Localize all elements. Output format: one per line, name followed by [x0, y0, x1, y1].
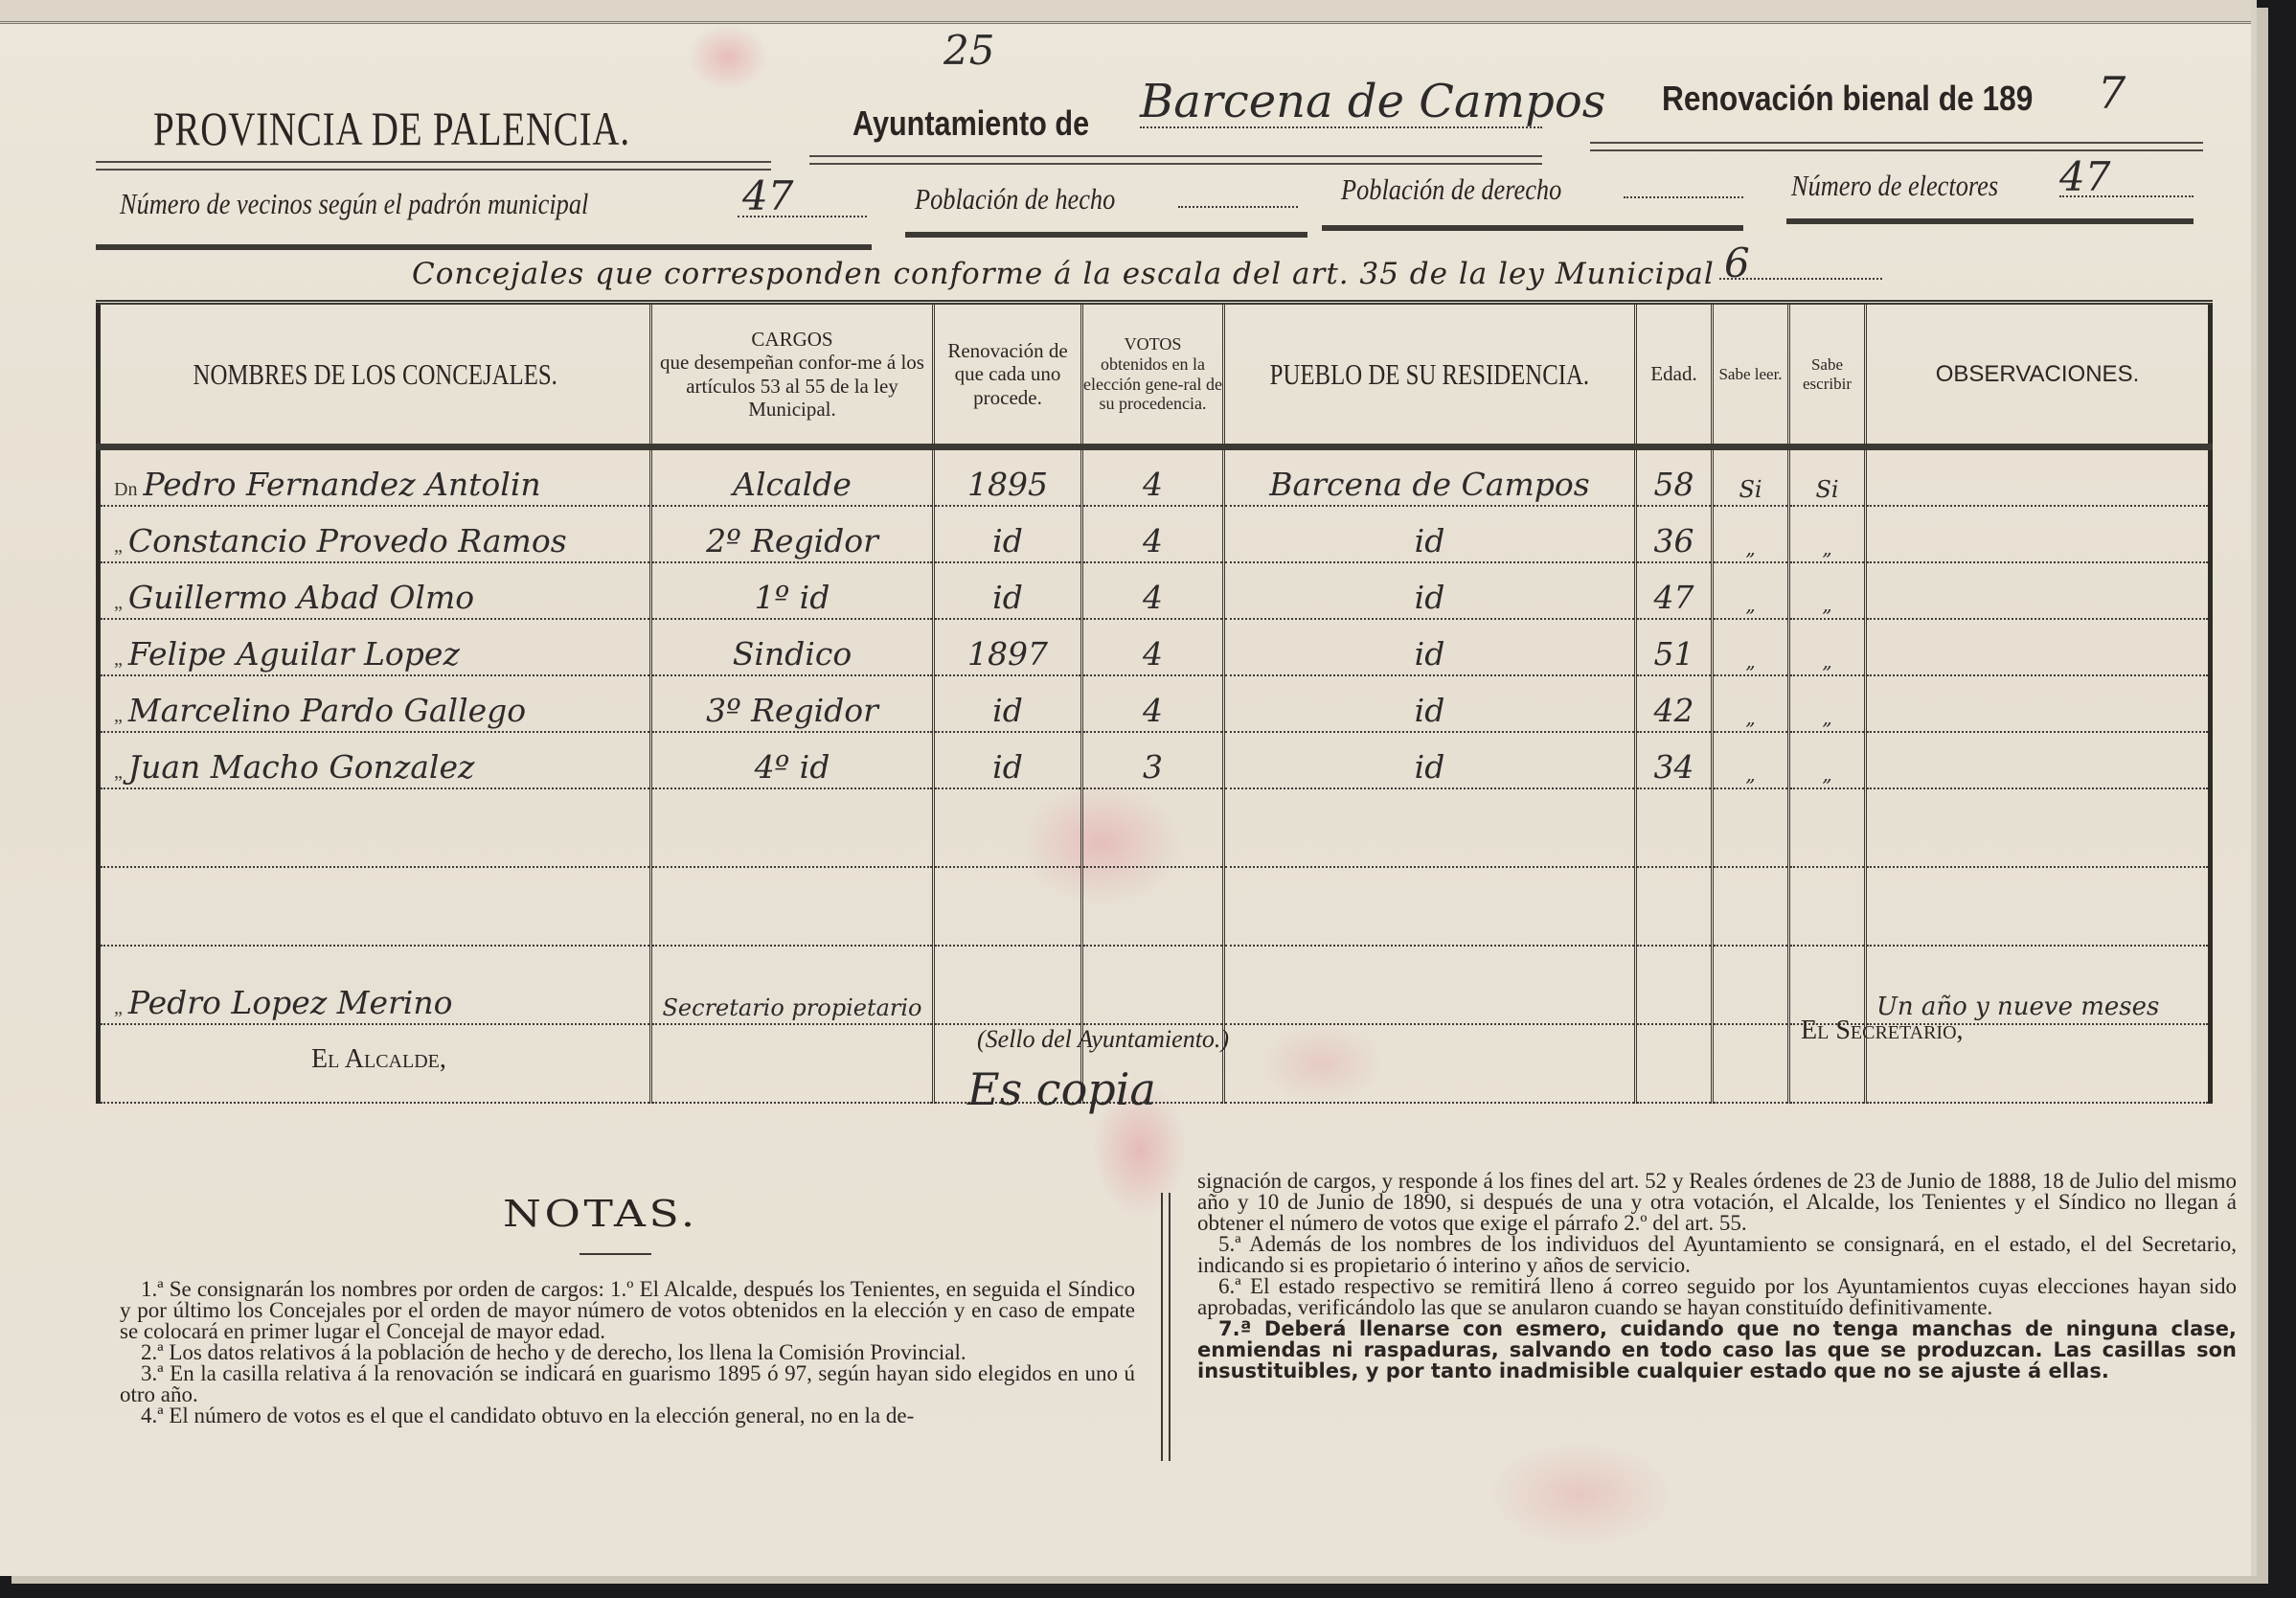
pueblo: id [1415, 635, 1445, 673]
divider [96, 161, 771, 171]
edad: 47 [1654, 579, 1694, 616]
sabe-leer: „ [1745, 763, 1755, 786]
sabe-escribir: „ [1822, 706, 1831, 729]
cargo: 2º Regidor [706, 522, 878, 559]
cargo: Sindico [733, 635, 852, 673]
pueblo: id [1415, 522, 1445, 559]
header-votos: VOTOS obtenidos en la elección gene-ral … [1082, 303, 1224, 447]
nota-3: 3.ª En la casilla relativa á la renovaci… [120, 1363, 1135, 1405]
province-title: PROVINCIA DE PALENCIA. [153, 101, 630, 156]
alcalde-signature-label: El Alcalde, [311, 1044, 446, 1075]
name-prefix: „ [114, 649, 123, 670]
secretario-cargo: Secretario propietario [662, 994, 921, 1021]
divider [1140, 126, 1542, 128]
sabe-escribir: „ [1822, 593, 1831, 616]
divider [1786, 218, 2194, 224]
divider [580, 1253, 651, 1255]
table-row-empty [99, 788, 2211, 867]
edad: 34 [1654, 748, 1694, 786]
folio-number: 25 [943, 27, 994, 74]
header-sabe-leer: Sabe leer. [1713, 303, 1789, 447]
notas-title: NOTAS. [503, 1193, 698, 1235]
renovacion: id [992, 522, 1023, 559]
edad: 36 [1654, 522, 1694, 559]
notas-right-column: signación de cargos, y responde á los fi… [1197, 1171, 2237, 1381]
concejal-name: Pedro Fernandez Antolin [143, 466, 540, 503]
name-prefix: „ [114, 705, 123, 726]
name-prefix: „ [114, 536, 123, 557]
es-copia-note: Es copia [967, 1063, 1156, 1115]
header-observaciones: OBSERVACIONES. [1866, 303, 2211, 447]
votos: 4 [1143, 692, 1163, 729]
table-row: DnPedro Fernandez Antolin Alcalde 1895 4… [99, 447, 2211, 507]
sabe-leer: „ [1745, 593, 1755, 616]
nota-2: 2.ª Los datos relativos á la población d… [120, 1342, 1135, 1363]
votos: 3 [1143, 748, 1163, 786]
vecinos-label: Número de vecinos según el padrón munici… [120, 187, 588, 221]
edad: 51 [1654, 635, 1694, 673]
renovacion: 1895 [967, 466, 1048, 503]
sabe-escribir: „ [1822, 763, 1831, 786]
nota-4-cont: signación de cargos, y responde á los fi… [1197, 1171, 2237, 1234]
sello-label: (Sello del Ayuntamiento.) [977, 1025, 1229, 1054]
electores-value: 47 [2059, 153, 2110, 200]
concejal-name: Constancio Provedo Ramos [128, 522, 567, 559]
cargo: 4º id [755, 748, 830, 786]
cargo: 1º id [755, 579, 830, 616]
table-row: „Felipe Aguilar Lopez Sindico 1897 4 id … [99, 619, 2211, 675]
concejal-name: Marcelino Pardo Gallego [128, 692, 526, 729]
divider [905, 232, 1307, 238]
divider [1322, 225, 1743, 231]
column-separator [1161, 1193, 1171, 1461]
cargo: 3º Regidor [706, 692, 878, 729]
header-nombres: NOMBRES DE LOS CONCEJALES. [99, 303, 651, 447]
divider [809, 155, 1542, 165]
name-prefix: „ [114, 997, 123, 1018]
name-prefix: „ [114, 762, 123, 783]
poblacion-hecho-field [1178, 206, 1298, 208]
table-row: „Marcelino Pardo Gallego 3º Regidor id 4… [99, 675, 2211, 732]
sabe-leer: „ [1745, 650, 1755, 673]
renovacion: id [992, 692, 1023, 729]
page-top-edge [0, 0, 2251, 24]
poblacion-hecho-label: Población de hecho [915, 182, 1115, 217]
votos: 4 [1143, 522, 1163, 559]
sabe-leer: „ [1745, 706, 1755, 729]
pueblo: Barcena de Campos [1269, 466, 1589, 503]
divider [1719, 278, 1882, 280]
sabe-escribir: Si [1815, 476, 1838, 503]
document-page: 25 PROVINCIA DE PALENCIA. Ayuntamiento d… [0, 0, 2257, 1576]
concejales-count-label: Concejales que corresponden conforme á l… [412, 257, 1715, 291]
nota-5: 5.ª Además de los nombres de los individ… [1197, 1234, 2237, 1276]
nota-4: 4.ª El número de votos es el que el cand… [120, 1405, 1135, 1427]
pueblo: id [1415, 748, 1445, 786]
secretario-signature-label: El Secretario, [1801, 1016, 1964, 1046]
edad: 58 [1654, 466, 1694, 503]
vecinos-value: 47 [742, 172, 793, 219]
header-cargos: CARGOS que desempeñan confor-me á los ar… [651, 303, 934, 447]
renovacion-year-value: 7 [2098, 67, 2126, 119]
votos: 4 [1143, 466, 1163, 503]
secretario-name: Pedro Lopez Merino [128, 984, 453, 1021]
concejal-name: Juan Macho Gonzalez [128, 748, 474, 786]
pueblo: id [1415, 579, 1445, 616]
table-row: „Guillermo Abad Olmo 1º id id 4 id 47 „ … [99, 562, 2211, 619]
renovacion: id [992, 748, 1023, 786]
name-prefix: „ [114, 592, 123, 613]
name-prefix: Dn [114, 479, 137, 500]
electores-label: Número de electores [1791, 169, 1998, 203]
votos: 4 [1143, 635, 1163, 673]
renovacion-label: Renovación bienal de 189 [1662, 79, 2033, 119]
cargo: Alcalde [733, 466, 852, 503]
ayuntamiento-value: Barcena de Campos [1140, 75, 1605, 128]
table-row-empty [99, 867, 2211, 946]
header-edad: Edad. [1636, 303, 1713, 447]
sabe-escribir: „ [1822, 536, 1831, 559]
renovacion: id [992, 579, 1023, 616]
header-renovacion: Renovación de que cada uno procede. [934, 303, 1082, 447]
nota-6: 6.ª El estado respectivo se remitirá lle… [1197, 1276, 2237, 1318]
poblacion-derecho-field [1624, 196, 1743, 198]
ayuntamiento-label: Ayuntamiento de [852, 103, 1089, 144]
pueblo: id [1415, 692, 1445, 729]
sabe-escribir: „ [1822, 650, 1831, 673]
table-row: „Constancio Provedo Ramos 2º Regidor id … [99, 506, 2211, 562]
concejal-name: Guillermo Abad Olmo [128, 579, 474, 616]
header-sabe-escribir: Sabe escribir [1789, 303, 1866, 447]
divider [2059, 195, 2194, 197]
table-row-secretario: „Pedro Lopez Merino Secretario propietar… [99, 946, 2211, 1024]
divider [96, 244, 872, 250]
notas-left-column: 1.ª Se consignarán los nombres por orden… [120, 1279, 1135, 1427]
concejal-name: Felipe Aguilar Lopez [128, 635, 460, 673]
votos: 4 [1143, 579, 1163, 616]
table-row: „Juan Macho Gonzalez 4º id id 3 id 34 „ … [99, 732, 2211, 788]
divider [738, 216, 867, 217]
nota-1: 1.ª Se consignarán los nombres por orden… [120, 1279, 1135, 1342]
sabe-leer: Si [1739, 476, 1762, 503]
edad: 42 [1654, 692, 1694, 729]
renovacion: 1897 [967, 635, 1048, 673]
poblacion-derecho-label: Población de derecho [1341, 172, 1561, 207]
concejales-table: NOMBRES DE LOS CONCEJALES. CARGOS que de… [96, 300, 2213, 1104]
header-pueblo: PUEBLO DE SU RESIDENCIA. [1224, 303, 1636, 447]
divider [1590, 142, 2203, 151]
sabe-leer: „ [1745, 536, 1755, 559]
nota-7: 7.ª Deberá llenarse con esmero, cuidando… [1197, 1318, 2237, 1381]
table-header-row: NOMBRES DE LOS CONCEJALES. CARGOS que de… [99, 303, 2211, 447]
